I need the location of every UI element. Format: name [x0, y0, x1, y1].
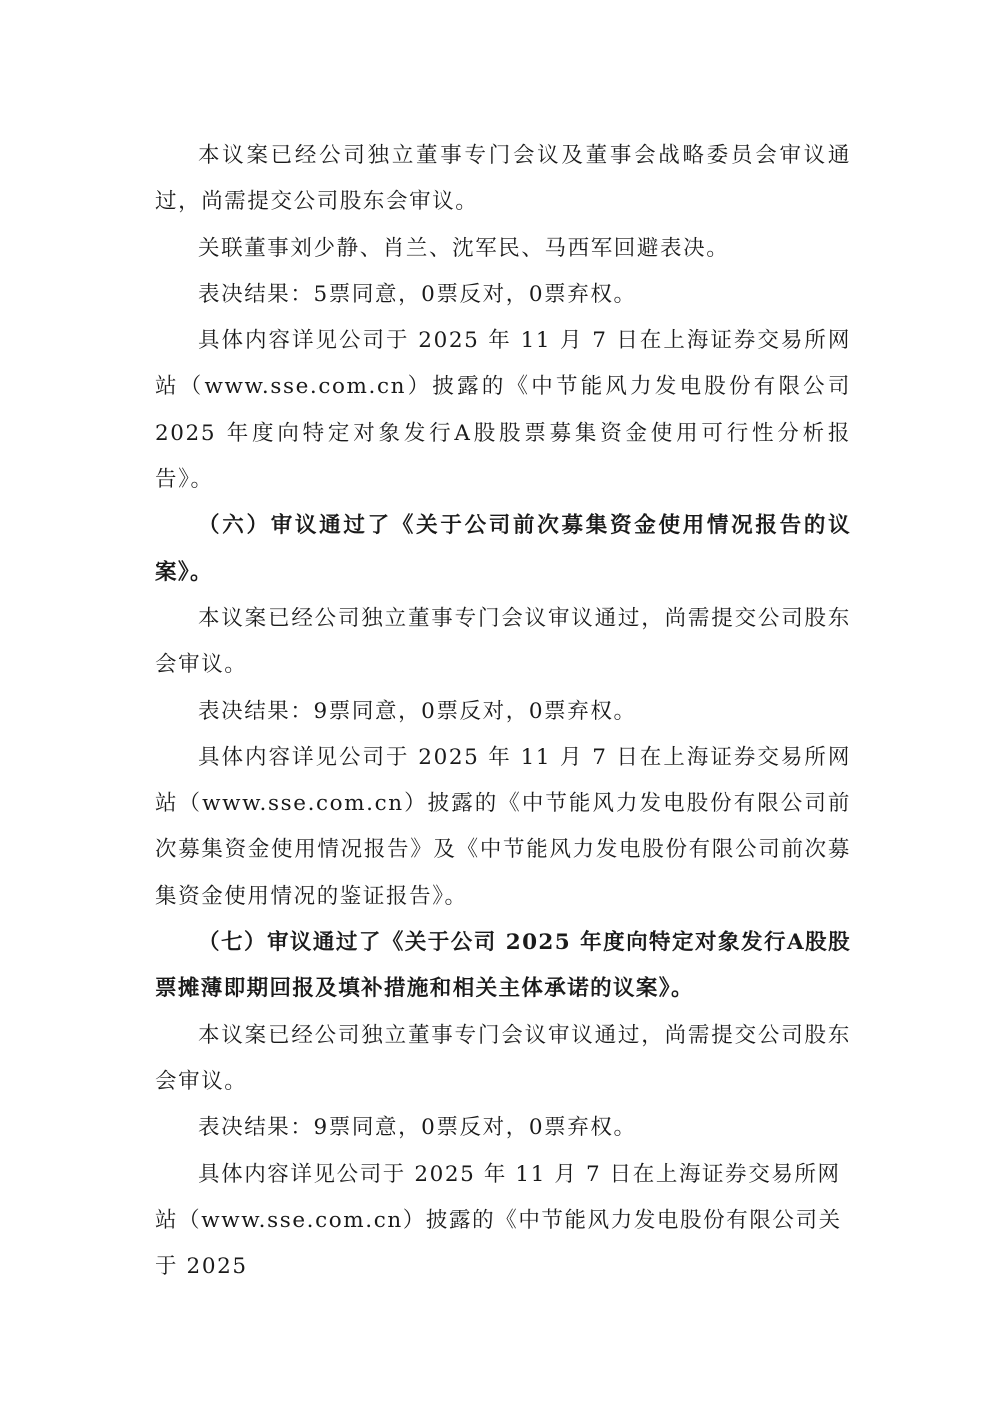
paragraph-independent-directors-approval-7: 本议案已经公司独立董事专门会议审议通过，尚需提交公司股东会审议。 — [155, 1013, 851, 1106]
section-heading-7: （七）审议通过了《关于公司 2025 年度向特定对象发行A股股票摊薄即期回报及填… — [155, 920, 851, 1013]
paragraph-independent-directors-approval-6: 本议案已经公司独立董事专门会议审议通过，尚需提交公司股东会审议。 — [155, 596, 851, 689]
paragraph-vote-result-9-b: 表决结果：9票同意，0票反对，0票弃权。 — [155, 1105, 851, 1151]
paragraph-strategy-committee-approval: 本议案已经公司独立董事专门会议及董事会战略委员会审议通过，尚需提交公司股东会审议… — [155, 133, 851, 226]
paragraph-prior-funds-report-reference: 具体内容详见公司于 2025 年 11 月 7 日在上海证券交易所网站（www.… — [155, 735, 851, 920]
paragraph-vote-result-9-a: 表决结果：9票同意，0票反对，0票弃权。 — [155, 689, 851, 735]
document-page: 本议案已经公司独立董事专门会议及董事会战略委员会审议通过，尚需提交公司股东会审议… — [155, 133, 851, 1290]
section-heading-6: （六）审议通过了《关于公司前次募集资金使用情况报告的议案》。 — [155, 503, 851, 596]
paragraph-dilution-report-reference: 具体内容详见公司于 2025 年 11 月 7 日在上海证券交易所网站（www.… — [155, 1152, 851, 1291]
paragraph-related-directors-recusal: 关联董事刘少静、肖兰、沈军民、马西军回避表决。 — [155, 226, 851, 272]
paragraph-vote-result-5: 表决结果：5票同意，0票反对，0票弃权。 — [155, 272, 851, 318]
paragraph-feasibility-report-reference: 具体内容详见公司于 2025 年 11 月 7 日在上海证券交易所网站（www.… — [155, 318, 851, 503]
